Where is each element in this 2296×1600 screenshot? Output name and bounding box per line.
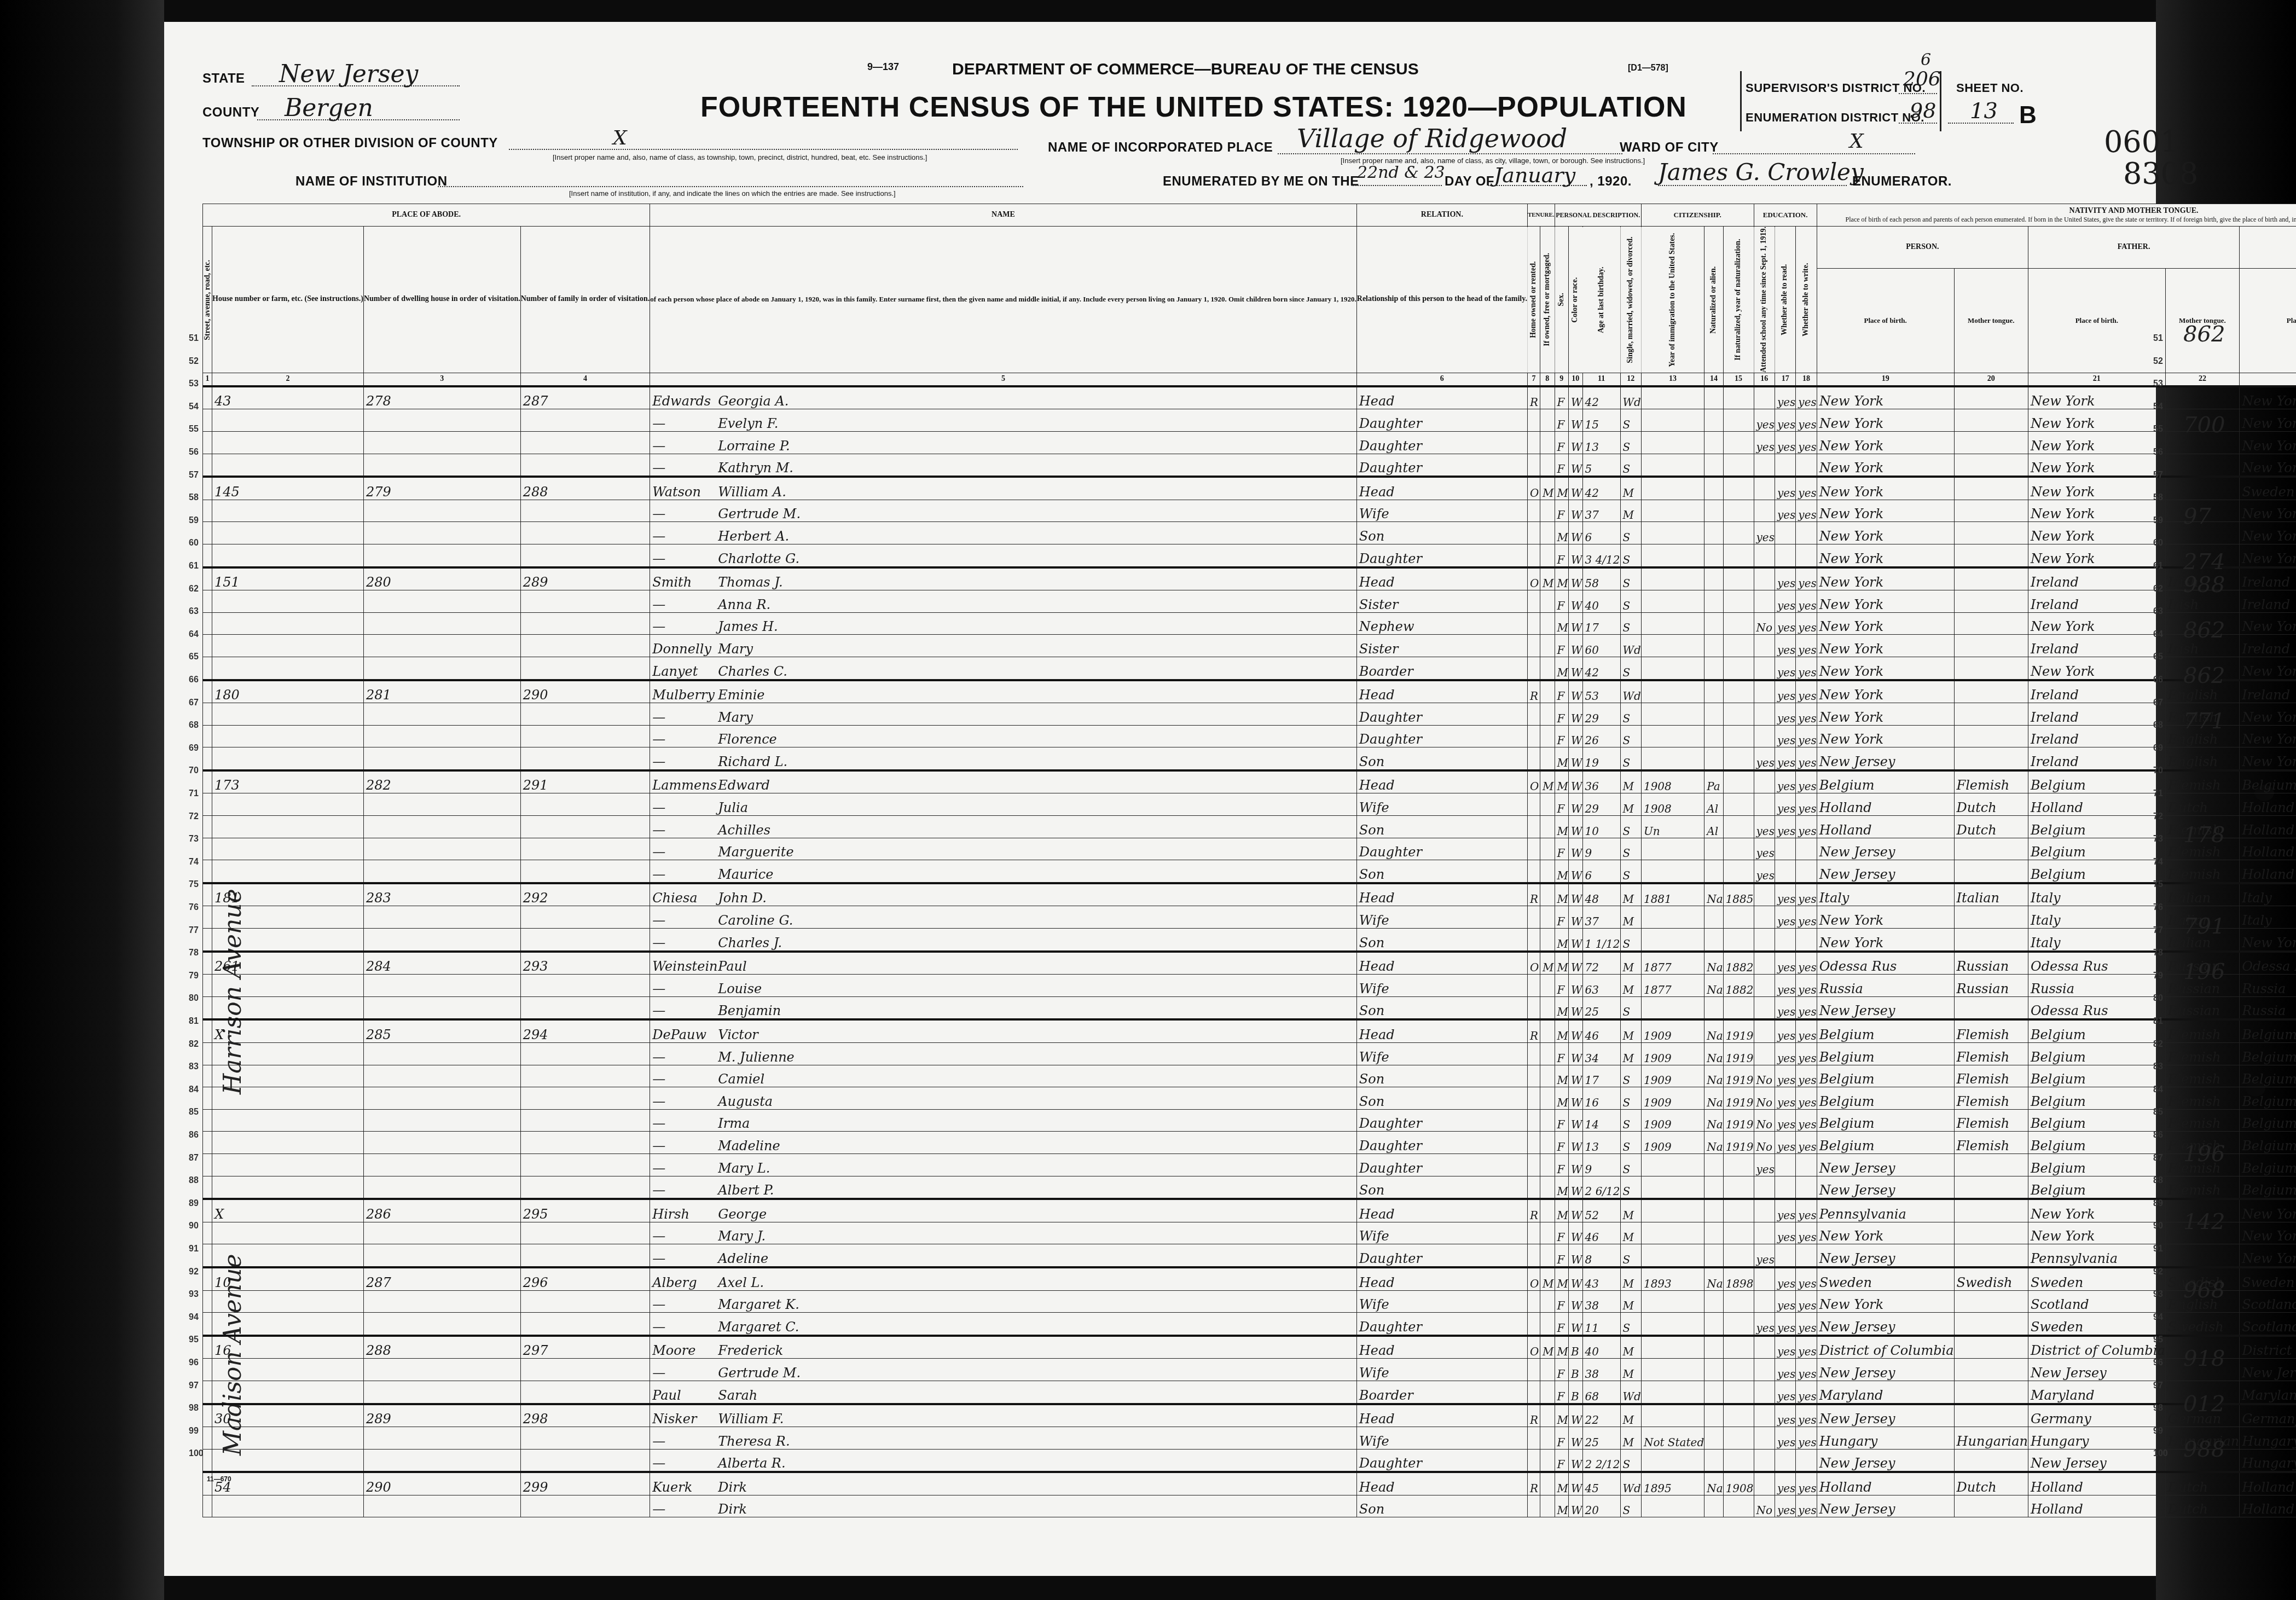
line-number: 84: [2153, 1085, 2163, 1095]
immigration-year-cell: [1641, 477, 1704, 500]
mortgage-cell: [1540, 1404, 1555, 1427]
house-number-cell: 30: [212, 1404, 364, 1427]
margin-note: 012: [2183, 1392, 2225, 1417]
sex-cell: M: [1555, 860, 1568, 883]
relation-cell: Head: [1356, 952, 1527, 975]
dwelling-number-cell: [363, 522, 520, 544]
mother-tongue-cell: [1954, 906, 2028, 929]
race-cell: W: [1568, 770, 1582, 793]
naturalization-year-cell: [1723, 635, 1754, 657]
house-number-cell: [212, 816, 364, 838]
relation-cell: Daughter: [1356, 454, 1527, 477]
school-cell: [1754, 770, 1775, 793]
naturalized-cell: [1704, 703, 1723, 726]
father-tongue-cell: Flemish: [2165, 1043, 2239, 1065]
birthplace-cell: New York: [1817, 1290, 1954, 1313]
mother-tongue-cell: [1954, 838, 2028, 860]
immigration-year-cell: 1895: [1641, 1472, 1704, 1495]
birthplace-cell: New Jersey: [1817, 838, 1954, 860]
write-cell: [1796, 1176, 1817, 1199]
name-cell: —Theresa R.: [650, 1427, 1357, 1450]
surname: Nisker: [652, 1411, 718, 1427]
home-tenure-cell: [1527, 1244, 1540, 1267]
given-name: Marguerite: [718, 844, 793, 860]
given-name: Kathryn M.: [718, 460, 793, 476]
birthplace-cell: New Jersey: [1817, 747, 1954, 770]
surname: —: [652, 1050, 718, 1065]
surname: —: [652, 1182, 718, 1198]
margin-note: 196: [2183, 1141, 2225, 1167]
mother-tongue-cell: [1954, 1290, 2028, 1313]
dwelling-number-cell: [363, 747, 520, 770]
relation-cell: Son: [1356, 1495, 1527, 1517]
dwelling-number-cell: [363, 703, 520, 726]
mother-tongue-cell: [1954, 1359, 2028, 1381]
home-tenure-cell: [1527, 522, 1540, 544]
mother-birthplace-cell: Scotland: [2240, 1290, 2296, 1313]
birthplace-cell: New York: [1817, 929, 1954, 952]
given-name: Margaret C.: [718, 1319, 799, 1335]
naturalization-year-cell: [1723, 680, 1754, 703]
sex-cell: M: [1555, 477, 1568, 500]
surname: —: [652, 822, 718, 838]
write-cell: yes: [1796, 612, 1817, 635]
race-cell: W: [1568, 1404, 1582, 1427]
table-row: —FlorenceDaughterFW26SyesyesNew YorkIrel…: [203, 725, 2296, 747]
mother-birthplace-cell: New York: [2240, 657, 2296, 680]
school-cell: yes: [1754, 522, 1775, 544]
race-cell: W: [1568, 1199, 1582, 1222]
mother-birthplace-cell: Sweden: [2240, 477, 2296, 500]
age-cell: 3 4/12: [1582, 544, 1620, 567]
school-cell: [1754, 680, 1775, 703]
school-cell: [1754, 1472, 1775, 1495]
census-rows: 43278287EdwardsGeorgia A.HeadRFW42Wdyesy…: [203, 386, 2296, 1517]
mother-birthplace-cell: Ireland: [2240, 635, 2296, 657]
home-tenure-cell: [1527, 929, 1540, 952]
immigration-year-cell: 1909: [1641, 1019, 1704, 1042]
mortgage-cell: [1540, 975, 1555, 997]
mother-tongue-cell: [1954, 1381, 2028, 1404]
mother-tongue-cell: [1954, 1495, 2028, 1517]
street-cell: [203, 1019, 212, 1042]
read-cell: yes: [1775, 1404, 1795, 1427]
surname: Weinstein: [652, 959, 718, 974]
mother-tongue-cell: [1954, 929, 2028, 952]
name-cell: —Florence: [650, 725, 1357, 747]
father-birthplace-cell: Ireland: [2028, 725, 2165, 747]
father-birthplace-cell: Ireland: [2028, 747, 2165, 770]
father-birthplace-cell: Odessa Rus: [2028, 952, 2165, 975]
sex-cell: F: [1555, 500, 1568, 522]
age-cell: 46: [1582, 1222, 1620, 1244]
sex-cell: F: [1555, 590, 1568, 613]
dwelling-number-cell: [363, 1290, 520, 1313]
family-number-cell: [520, 725, 650, 747]
surname: —: [652, 913, 718, 928]
line-number: 80: [189, 994, 199, 1004]
line-number: 56: [189, 448, 199, 457]
school-cell: [1754, 1290, 1775, 1313]
naturalization-year-cell: [1723, 1313, 1754, 1336]
sex-cell: M: [1555, 747, 1568, 770]
given-name: Eminie: [718, 687, 764, 703]
marital-status-cell: S: [1620, 1176, 1641, 1199]
name-cell: PaulSarah: [650, 1381, 1357, 1404]
write-cell: yes: [1796, 1199, 1817, 1222]
father-birthplace-cell: New Jersey: [2028, 1359, 2165, 1381]
sex-cell: F: [1555, 793, 1568, 816]
given-name: M. Julienne: [718, 1050, 795, 1065]
street-cell: [203, 929, 212, 952]
house-number-cell: [212, 906, 364, 929]
house-number-cell: 151: [212, 567, 364, 590]
col-4-header: Number of family in order of visitation.: [520, 227, 650, 373]
mother-tongue-cell: [1954, 454, 2028, 477]
table-row: —Kathryn M.DaughterFW5SNew YorkNew YorkN…: [203, 454, 2296, 477]
immigration-year-cell: [1641, 1290, 1704, 1313]
father-birthplace-cell: Germany: [2028, 1404, 2165, 1427]
mother-birthplace-cell: New York: [2240, 725, 2296, 747]
house-number-cell: [212, 1495, 364, 1517]
group-relation: RELATION.: [1356, 204, 1527, 227]
race-cell: W: [1568, 544, 1582, 567]
column-number: 8: [1540, 373, 1555, 386]
sex-cell: F: [1555, 975, 1568, 997]
table-row: —Albert P.SonMW2 6/12SNew JerseyBelgiumF…: [203, 1176, 2296, 1199]
marital-status-cell: M: [1620, 500, 1641, 522]
marital-status-cell: M: [1620, 477, 1641, 500]
margin-note: 918: [2183, 1346, 2225, 1371]
immigration-year-cell: [1641, 386, 1704, 409]
write-cell: yes: [1796, 816, 1817, 838]
father-birthplace-cell: New York: [2028, 1222, 2165, 1244]
read-cell: yes: [1775, 975, 1795, 997]
line-number: 57: [189, 471, 199, 480]
birthplace-cell: New Jersey: [1817, 860, 1954, 883]
relation-cell: Daughter: [1356, 1109, 1527, 1132]
col-19-header: Place of birth.: [1817, 269, 1954, 373]
incorporated-label: NAME OF INCORPORATED PLACE: [1048, 140, 1273, 155]
line-number: 100: [2153, 1449, 2168, 1459]
dwelling-number-cell: [363, 500, 520, 522]
col-12-header: Single, married, widowed, or divorced.: [1620, 227, 1641, 373]
table-row: DonnellyMarySisterFW60WdyesyesNew YorkIr…: [203, 635, 2296, 657]
street-cell: [203, 1495, 212, 1517]
naturalized-cell: [1704, 1153, 1723, 1176]
mother-birthplace-cell: Holland: [2240, 1472, 2296, 1495]
surname: Moore: [652, 1343, 718, 1358]
column-number: 3: [363, 373, 520, 386]
surname: Chiesa: [652, 890, 718, 906]
surname: —: [652, 1502, 718, 1517]
street-cell: [203, 1427, 212, 1450]
family-number-cell: [520, 906, 650, 929]
dwelling-number-cell: [363, 1109, 520, 1132]
line-number: 66: [189, 675, 199, 685]
surname: —: [652, 1456, 718, 1471]
house-number-cell: [212, 703, 364, 726]
line-number: 87: [189, 1153, 199, 1163]
given-name: Charlotte G.: [718, 551, 799, 566]
name-cell: —Alberta R.: [650, 1449, 1357, 1472]
write-cell: [1796, 522, 1817, 544]
read-cell: yes: [1775, 1495, 1795, 1517]
sex-cell: F: [1555, 703, 1568, 726]
school-cell: yes: [1754, 1153, 1775, 1176]
name-cell: —Gertrude M.: [650, 1359, 1357, 1381]
mother-tongue-cell: [1954, 431, 2028, 454]
enumeration-value: 98: [1910, 98, 1936, 123]
read-cell: [1775, 1244, 1795, 1267]
school-cell: No: [1754, 1132, 1775, 1154]
father-birthplace-cell: Ireland: [2028, 635, 2165, 657]
birthplace-cell: Belgium: [1817, 770, 1954, 793]
line-number: 70: [2153, 766, 2163, 776]
age-cell: 42: [1582, 386, 1620, 409]
home-tenure-cell: [1527, 1290, 1540, 1313]
school-cell: [1754, 1222, 1775, 1244]
birthplace-cell: New Jersey: [1817, 1495, 1954, 1517]
age-cell: 42: [1582, 477, 1620, 500]
group-nativity: NATIVITY AND MOTHER TONGUE. Place of bir…: [1817, 204, 2296, 227]
father-tongue-cell: English: [2165, 747, 2239, 770]
table-row: PaulSarahBoarderFB68WdyesyesMarylandMary…: [203, 1381, 2296, 1404]
street-cell: [203, 793, 212, 816]
sex-cell: F: [1555, 1222, 1568, 1244]
father-birthplace-cell: Scotland: [2028, 1290, 2165, 1313]
school-cell: [1754, 703, 1775, 726]
write-cell: yes: [1796, 1290, 1817, 1313]
immigration-year-cell: [1641, 996, 1704, 1019]
sex-cell: F: [1555, 409, 1568, 432]
home-tenure-cell: [1527, 454, 1540, 477]
read-cell: yes: [1775, 477, 1795, 500]
mother-tongue-cell: Flemish: [1954, 1132, 2028, 1154]
month-value: January: [1494, 163, 1575, 187]
mortgage-cell: [1540, 1449, 1555, 1472]
table-row: 54290299KuerkDirkHeadRMW45Wd1895Na1908ye…: [203, 1472, 2296, 1495]
sex-cell: F: [1555, 906, 1568, 929]
race-cell: W: [1568, 612, 1582, 635]
read-cell: yes: [1775, 1427, 1795, 1450]
mortgage-cell: [1540, 635, 1555, 657]
sex-cell: F: [1555, 1381, 1568, 1404]
read-cell: yes: [1775, 590, 1795, 613]
home-tenure-cell: R: [1527, 1019, 1540, 1042]
street-cell: [203, 770, 212, 793]
school-cell: No: [1754, 1109, 1775, 1132]
mortgage-cell: [1540, 1495, 1555, 1517]
school-cell: yes: [1754, 860, 1775, 883]
line-number: 86: [189, 1131, 199, 1140]
col-16-header: Attended school any time since Sept. 1, …: [1754, 227, 1775, 373]
street-cell: [203, 680, 212, 703]
write-cell: yes: [1796, 703, 1817, 726]
surname: —: [652, 1297, 718, 1312]
father-birthplace-cell: New Jersey: [2028, 1449, 2165, 1472]
birthplace-cell: New York: [1817, 657, 1954, 680]
line-number: 85: [2153, 1108, 2163, 1117]
naturalized-cell: [1704, 477, 1723, 500]
home-tenure-cell: [1527, 816, 1540, 838]
line-number: 52: [189, 357, 199, 367]
father-tongue-cell: [2165, 1244, 2239, 1267]
age-cell: 22: [1582, 1404, 1620, 1427]
marital-status-cell: S: [1620, 1244, 1641, 1267]
line-number: 91: [2153, 1244, 2163, 1254]
street-cell: [203, 1199, 212, 1222]
line-number: 67: [2153, 698, 2163, 708]
name-cell: —Louise: [650, 975, 1357, 997]
nativity-title: NATIVITY AND MOTHER TONGUE.: [1817, 207, 2296, 216]
birthplace-cell: Belgium: [1817, 1065, 1954, 1087]
immigration-year-cell: [1641, 680, 1704, 703]
line-number: 69: [189, 744, 199, 753]
street-cell: [203, 860, 212, 883]
naturalization-year-cell: [1723, 1244, 1754, 1267]
race-cell: W: [1568, 1244, 1582, 1267]
dwelling-number-cell: [363, 1222, 520, 1244]
mother-birthplace-cell: Holland: [2240, 816, 2296, 838]
father-birthplace-cell: Ireland: [2028, 703, 2165, 726]
name-cell: HirshGeorge: [650, 1199, 1357, 1222]
surname: —: [652, 1116, 718, 1131]
col-7-header: Home owned or rented.: [1527, 227, 1540, 373]
dwelling-number-cell: [363, 544, 520, 567]
mortgage-cell: [1540, 883, 1555, 906]
home-tenure-cell: [1527, 725, 1540, 747]
read-cell: yes: [1775, 770, 1795, 793]
write-cell: yes: [1796, 725, 1817, 747]
read-cell: yes: [1775, 1132, 1795, 1154]
enumeration-label: ENUMERATION DISTRICT NO.: [1746, 111, 1924, 125]
surname: —: [652, 1251, 718, 1266]
line-number: 90: [2153, 1221, 2163, 1231]
race-cell: B: [1568, 1381, 1582, 1404]
column-number: 21: [2028, 373, 2165, 386]
father-tongue-cell: Flemish: [2165, 1019, 2239, 1042]
column-number: 13: [1641, 373, 1704, 386]
write-cell: yes: [1796, 793, 1817, 816]
column-number: 15: [1723, 373, 1754, 386]
read-cell: yes: [1775, 1381, 1795, 1404]
sex-cell: M: [1555, 1267, 1568, 1290]
write-cell: yes: [1796, 431, 1817, 454]
write-cell: yes: [1796, 1222, 1817, 1244]
column-number-row: 1234567891011121314151617181920212223242…: [203, 373, 2296, 386]
nativity-desc: Place of birth of each person and parent…: [1817, 216, 2296, 224]
family-number-cell: 293: [520, 952, 650, 975]
mother-tongue-cell: [1954, 725, 2028, 747]
table-row: 180281290MulberryEminieHeadRFW53Wdyesyes…: [203, 680, 2296, 703]
mother-tongue-cell: Flemish: [1954, 770, 2028, 793]
col-23-header: Place of birth.: [2240, 269, 2296, 373]
given-name: Mary L.: [718, 1161, 770, 1176]
margin-note: 97: [2183, 504, 2211, 529]
immigration-year-cell: [1641, 838, 1704, 860]
table-row: —Gertrude M.WifeFB38MyesyesNew JerseyNew…: [203, 1359, 2296, 1381]
street-cell: [203, 747, 212, 770]
name-cell: ChiesaJohn D.: [650, 883, 1357, 906]
relation-cell: Sister: [1356, 590, 1527, 613]
naturalized-cell: [1704, 612, 1723, 635]
mother-tongue-cell: [1954, 567, 2028, 590]
table-row: —Lorraine P.DaughterFW13SyesyesyesNew Yo…: [203, 431, 2296, 454]
family-number-cell: [520, 1176, 650, 1199]
form-number: 9—137: [867, 61, 899, 73]
race-cell: W: [1568, 409, 1582, 432]
sex-cell: M: [1555, 1176, 1568, 1199]
school-cell: [1754, 1176, 1775, 1199]
column-number: 14: [1704, 373, 1723, 386]
home-tenure-cell: [1527, 860, 1540, 883]
sex-cell: F: [1555, 1313, 1568, 1336]
naturalization-year-cell: [1723, 1427, 1754, 1450]
father-birthplace-cell: District of Columbia: [2028, 1336, 2165, 1359]
street-cell: [203, 1336, 212, 1359]
surname: —: [652, 506, 718, 521]
mother-tongue-cell: [1954, 1244, 2028, 1267]
naturalization-year-cell: [1723, 793, 1754, 816]
mortgage-cell: M: [1540, 1267, 1555, 1290]
family-number-cell: [520, 1087, 650, 1110]
line-number: 61: [2153, 561, 2163, 571]
home-tenure-cell: [1527, 1313, 1540, 1336]
given-name: Charles J.: [718, 935, 782, 950]
father-birthplace-cell: Ireland: [2028, 680, 2165, 703]
col-20-header: Mother tongue.: [1954, 269, 2028, 373]
mother-birthplace-cell: Russia: [2240, 975, 2296, 997]
mother-tongue-cell: [1954, 522, 2028, 544]
margin-note: 862: [2183, 618, 2225, 643]
mortgage-cell: [1540, 1290, 1555, 1313]
naturalization-year-cell: [1723, 1336, 1754, 1359]
house-number-cell: 43: [212, 386, 364, 409]
relation-cell: Daughter: [1356, 409, 1527, 432]
name-cell: —Irma: [650, 1109, 1357, 1132]
mother-birthplace-cell: District of Columbia: [2240, 1336, 2296, 1359]
column-number: 9: [1555, 373, 1568, 386]
school-cell: [1754, 1336, 1775, 1359]
naturalized-cell: [1704, 1404, 1723, 1427]
race-cell: W: [1568, 1495, 1582, 1517]
father-birthplace-cell: Ireland: [2028, 590, 2165, 613]
given-name: Albert P.: [718, 1182, 774, 1198]
age-cell: 11: [1582, 1313, 1620, 1336]
home-tenure-cell: [1527, 1132, 1540, 1154]
mortgage-cell: [1540, 386, 1555, 409]
immigration-year-cell: [1641, 1495, 1704, 1517]
line-number: 71: [189, 789, 199, 799]
margin-note: 771: [2183, 709, 2225, 734]
race-cell: W: [1568, 386, 1582, 409]
name-cell: —Achilles: [650, 816, 1357, 838]
line-number: 73: [2153, 834, 2163, 844]
relation-cell: Head: [1356, 567, 1527, 590]
father-tongue-cell: Russian: [2165, 996, 2239, 1019]
immigration-year-cell: 1881: [1641, 883, 1704, 906]
mother-birthplace-cell: Holland: [2240, 793, 2296, 816]
naturalized-cell: [1704, 747, 1723, 770]
naturalized-cell: Na: [1704, 1043, 1723, 1065]
school-cell: [1754, 500, 1775, 522]
naturalization-year-cell: [1723, 906, 1754, 929]
street-cell: [203, 1449, 212, 1472]
naturalized-cell: [1704, 454, 1723, 477]
relation-cell: Son: [1356, 522, 1527, 544]
father-birthplace-cell: Italy: [2028, 883, 2165, 906]
